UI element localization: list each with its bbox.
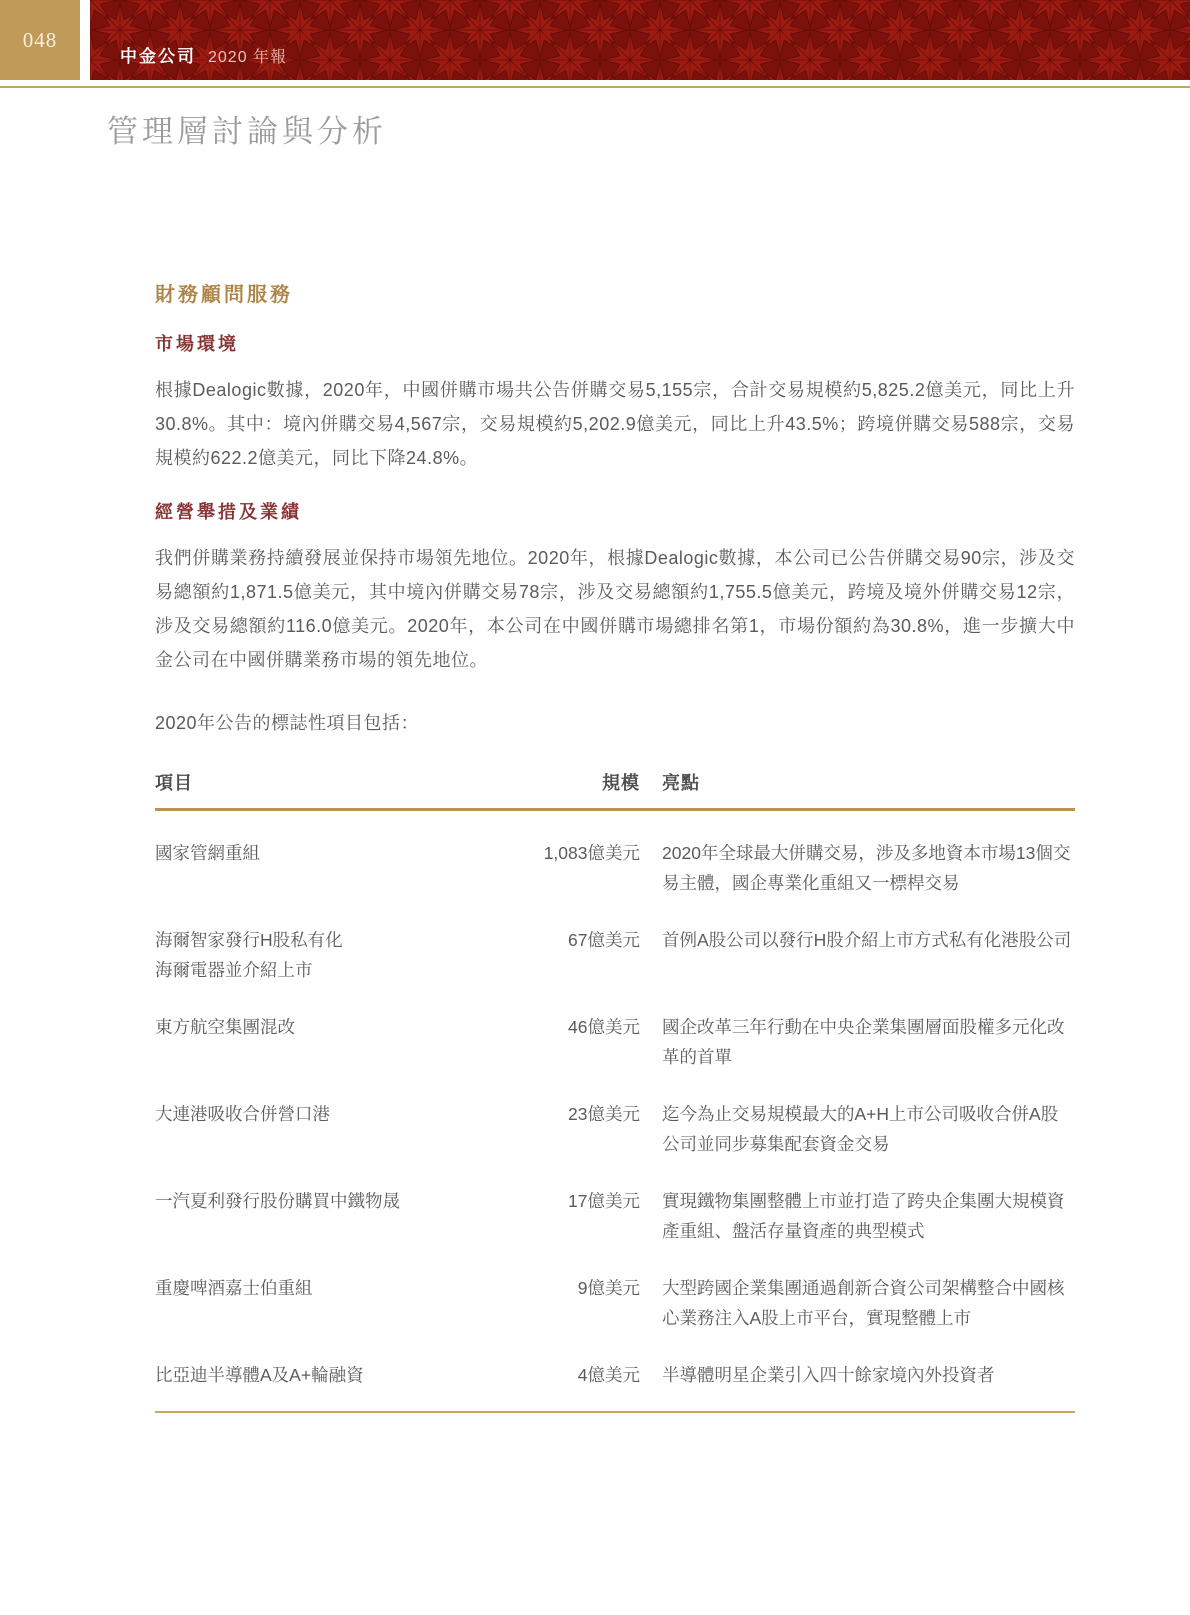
column-header-item: 項目: [155, 769, 530, 795]
page-number: 048: [23, 28, 58, 53]
deal-scale: 67億美元: [530, 925, 640, 985]
table-row: 國家管網重組 1,083億美元 2020年全球最大併購交易，涉及多地資本市場13…: [155, 838, 1075, 898]
sub-heading-market-environment: 市場環境: [155, 330, 1075, 356]
asanoha-pattern-icon: [90, 0, 1190, 80]
table-row: 海爾智家發行H股私有化 海爾電器並介紹上市 67億美元 首例A股公司以發行H股介…: [155, 925, 1075, 985]
table-footer-rule: [155, 1411, 1075, 1413]
deal-name: 一汽夏利發行股份購買中鐵物晟: [155, 1186, 530, 1246]
deal-name: 國家管網重組: [155, 838, 530, 898]
landmark-deals-table: 項目 規模 亮點 國家管網重組 1,083億美元 2020年全球最大併購交易，涉…: [155, 769, 1075, 1413]
deal-highlight: 首例A股公司以發行H股介紹上市方式私有化港股公司: [640, 925, 1075, 985]
column-header-scale: 規模: [530, 769, 640, 795]
deal-scale: 46億美元: [530, 1012, 640, 1072]
deal-name: 比亞迪半導體A及A+輪融資: [155, 1360, 530, 1390]
deal-highlight: 大型跨國企業集團通過創新合資公司架構整合中國核心業務注入A股上市平台，實現整體上…: [640, 1273, 1075, 1333]
company-name: 中金公司: [120, 42, 196, 67]
table-row: 一汽夏利發行股份購買中鐵物晟 17億美元 實現鐵物集團整體上市並打造了跨央企集團…: [155, 1186, 1075, 1246]
section-heading-financial-advisory: 財務顧問服務: [155, 278, 1075, 307]
table-row: 大連港吸收合併營口港 23億美元 迄今為止交易規模最大的A+H上市公司吸收合併A…: [155, 1099, 1075, 1159]
deal-highlight: 2020年全球最大併購交易，涉及多地資本市場13個交易主體，國企專業化重組又一標…: [640, 838, 1075, 898]
sub-heading-operations-results: 經營舉措及業績: [155, 498, 1075, 524]
deal-scale: 4億美元: [530, 1360, 640, 1390]
page-title: 管理層討論與分析: [107, 106, 387, 151]
deal-name: 大連港吸收合併營口港: [155, 1099, 530, 1159]
table-header-rule: [155, 808, 1075, 811]
deal-highlight: 實現鐵物集團整體上市並打造了跨央企集團大規模資產重組、盤活存量資產的典型模式: [640, 1186, 1075, 1246]
banner-text: 中金公司 2020 年報: [120, 42, 287, 67]
deal-name: 東方航空集團混改: [155, 1012, 530, 1072]
column-header-highlight: 亮點: [640, 769, 1075, 795]
operations-results-paragraph: 我們併購業務持續發展並保持市場領先地位。2020年，根據Dealogic數據，本…: [155, 541, 1075, 677]
deal-highlight: 迄今為止交易規模最大的A+H上市公司吸收合併A股公司並同步募集配套資金交易: [640, 1099, 1075, 1159]
deal-scale: 9億美元: [530, 1273, 640, 1333]
deal-scale: 17億美元: [530, 1186, 640, 1246]
table-row: 重慶啤酒嘉士伯重組 9億美元 大型跨國企業集團通過創新合資公司架構整合中國核心業…: [155, 1273, 1075, 1333]
table-intro: 2020年公告的標誌性項目包括：: [155, 709, 1075, 735]
table-row: 比亞迪半導體A及A+輪融資 4億美元 半導體明星企業引入四十餘家境內外投資者: [155, 1360, 1075, 1390]
brand-banner: 中金公司 2020 年報: [90, 0, 1190, 80]
table-row: 東方航空集團混改 46億美元 國企改革三年行動在中央企業集團層面股權多元化改革的…: [155, 1012, 1075, 1072]
deal-scale: 23億美元: [530, 1099, 640, 1159]
header-divider: [0, 86, 1190, 88]
deal-scale: 1,083億美元: [530, 838, 640, 898]
deal-name: 重慶啤酒嘉士伯重組: [155, 1273, 530, 1333]
deal-highlight: 半導體明星企業引入四十餘家境內外投資者: [640, 1360, 1075, 1390]
page-number-box: 048: [0, 0, 80, 80]
table-header-row: 項目 規模 亮點: [155, 769, 1075, 808]
market-environment-paragraph: 根據Dealogic數據，2020年，中國併購市場共公告併購交易5,155宗，合…: [155, 373, 1075, 475]
page-header: 048 中金公司 20: [0, 0, 1190, 90]
deal-name: 海爾智家發行H股私有化 海爾電器並介紹上市: [155, 925, 530, 985]
deal-highlight: 國企改革三年行動在中央企業集團層面股權多元化改革的首單: [640, 1012, 1075, 1072]
report-edition: 2020 年報: [208, 44, 287, 67]
main-content: 財務顧問服務 市場環境 根據Dealogic數據，2020年，中國併購市場共公告…: [0, 160, 1190, 1413]
